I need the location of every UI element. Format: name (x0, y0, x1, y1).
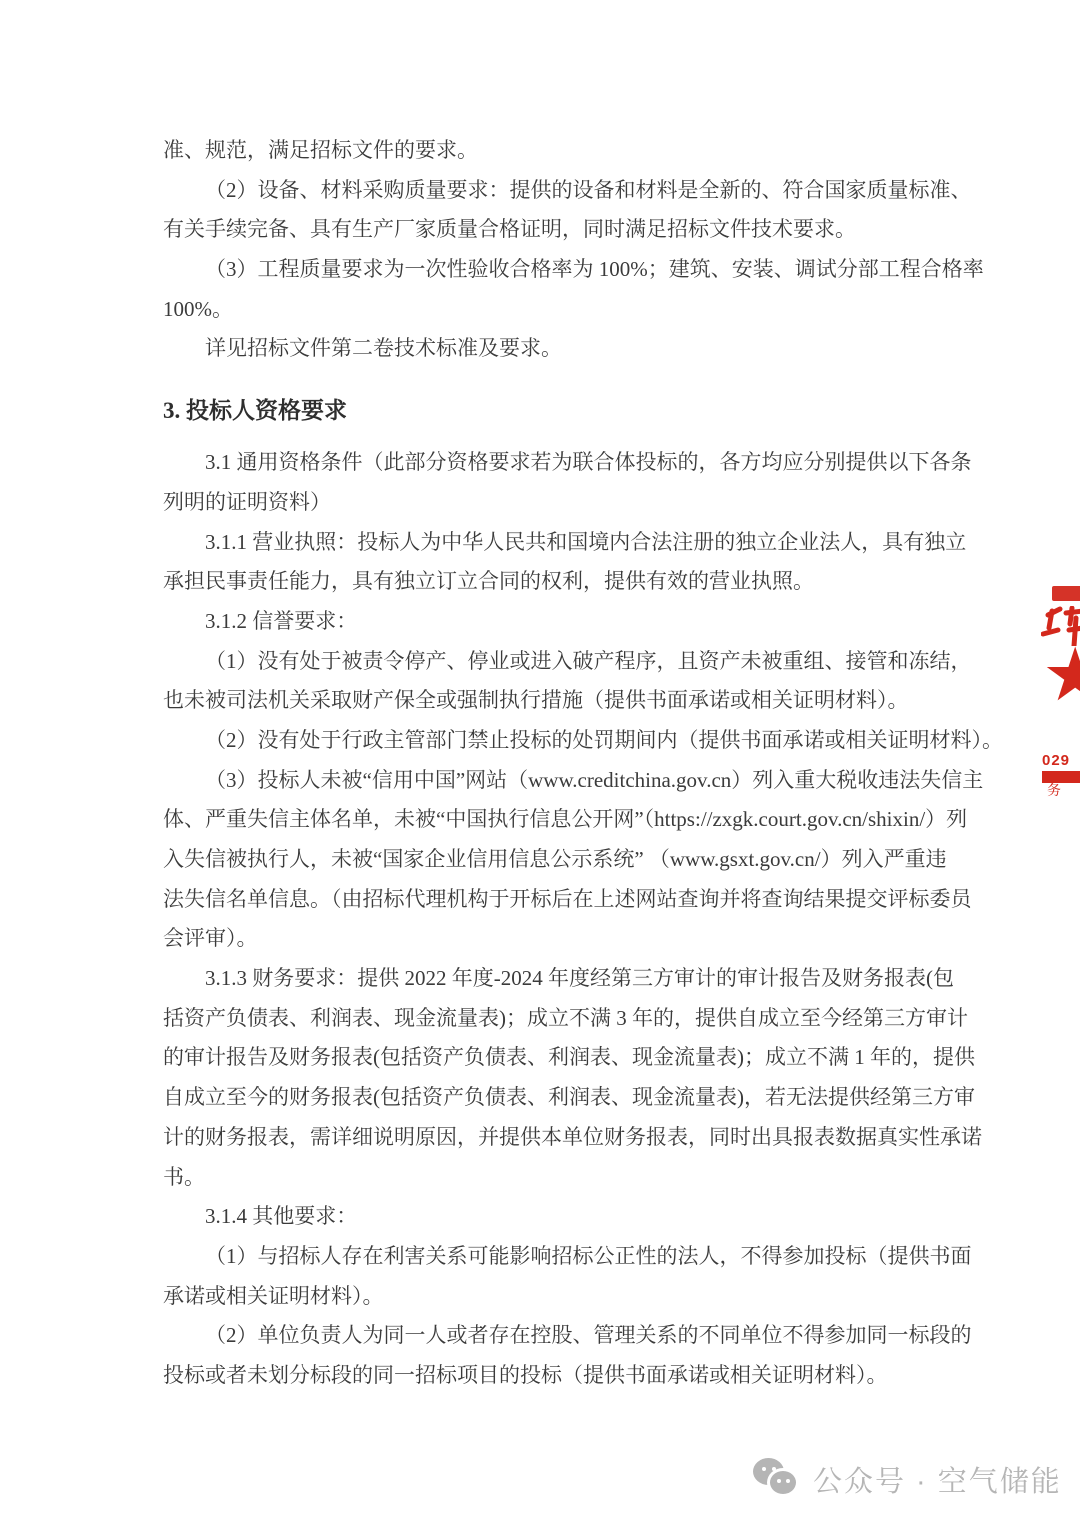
doc-line: 3.1.2 信誉要求： (163, 602, 907, 642)
doc-line: 入失信被执行人，未被“国家企业信用信息公示系统” （www.gsxt.gov.c… (163, 840, 907, 880)
document-page: 准、规范，满足招标文件的要求。（2）设备、材料采购质量要求：提供的设备和材料是全… (0, 0, 1080, 1527)
doc-line: 会评审）。 (163, 919, 907, 959)
doc-line: 承担民事责任能力，具有独立订立合同的权利，提供有效的营业执照。 (163, 562, 907, 602)
doc-line: （2）设备、材料采购质量要求：提供的设备和材料是全新的、符合国家质量标准、 (163, 171, 907, 211)
document-lines: 准、规范，满足招标文件的要求。（2）设备、材料采购质量要求：提供的设备和材料是全… (163, 131, 907, 1396)
doc-line: 详见招标文件第二卷技术标准及要求。 (163, 329, 907, 369)
doc-line: 3.1.1 营业执照：投标人为中华人民共和国境内合法注册的独立企业法人，具有独立 (163, 523, 907, 563)
section-heading: 3. 投标人资格要求 (163, 389, 907, 433)
doc-line: 的审计报告及财务报表(包括资产负债表、利润表、现金流量表)；成立不满 1 年的，… (163, 1038, 907, 1078)
doc-line: 承诺或相关证明材料）。 (163, 1277, 907, 1317)
doc-line: 100%。 (163, 290, 907, 330)
seal-lower-bar (1042, 771, 1080, 783)
star-icon: ★ (1042, 638, 1080, 712)
doc-line: 书。 (163, 1158, 907, 1198)
doc-line: 体、严重失信主体名单，未被“中国执行信息公开网”（https://zxgk.co… (163, 800, 907, 840)
seal-character: 务 (1047, 785, 1061, 799)
doc-line: （2）单位负责人为同一人或者存在控股、管理关系的不同单位不得参加同一标段的 (163, 1316, 907, 1356)
doc-line: 3.1.3 财务要求：提供 2022 年度-2024 年度经第三方审计的审计报告… (163, 959, 907, 999)
doc-line: 法失信名单信息。（由招标代理机构于开标后在上述网站查询并将查询结果提交评标委员 (163, 880, 907, 920)
doc-line: 3.1 通用资格条件（此部分资格要求若为联合体投标的，各方均应分别提供以下各条 (163, 443, 907, 483)
seal-top-bar (1052, 586, 1080, 601)
doc-line: 也未被司法机关采取财产保全或强制执行措施（提供书面承诺或相关证明材料）。 (163, 681, 907, 721)
doc-line: （1）与招标人存在利害关系可能影响招标公正性的法人，不得参加投标（提供书面 (163, 1237, 907, 1277)
doc-line: （3）工程质量要求为一次性验收合格率为 100%；建筑、安装、调试分部工程合格率 (163, 250, 907, 290)
doc-line: 计的财务报表，需详细说明原因，并提供本单位财务报表，同时出具报表数据真实性承诺 (163, 1118, 907, 1158)
doc-line: 准、规范，满足招标文件的要求。 (163, 131, 907, 171)
doc-line: （3）投标人未被“信用中国”网站（www.creditchina.gov.cn）… (163, 761, 907, 801)
wechat-icon (753, 1458, 801, 1500)
watermark-label: 公众号 · 空气储能 (813, 1459, 1062, 1500)
seal-number: 029 (1042, 752, 1070, 769)
wechat-watermark: 公众号 · 空气储能 (753, 1458, 1062, 1500)
doc-line: 列明的证明资料） (163, 483, 907, 523)
doc-line: 投标或者未划分标段的同一招标项目的投标（提供书面承诺或相关证明材料）。 (163, 1356, 907, 1396)
doc-line: 括资产负债表、利润表、现金流量表)；成立不满 3 年的，提供自成立至今经第三方审… (163, 999, 907, 1039)
doc-line: （1）没有处于被责令停产、停业或进入破产程序，且资产未被重组、接管和冻结， (163, 642, 907, 682)
doc-line: （2）没有处于行政主管部门禁止投标的处罚期间内（提供书面承诺或相关证明材料）。 (163, 721, 907, 761)
doc-line: 自成立至今的财务报表(包括资产负债表、利润表、现金流量表)，若无法提供经第三方审 (163, 1078, 907, 1118)
doc-line: 3.1.4 其他要求： (163, 1197, 907, 1237)
official-seal-stamp: ★ 029 务 (1040, 582, 1080, 812)
doc-line: 有关手续完备、具有生产厂家质量合格证明，同时满足招标文件技术要求。 (163, 210, 907, 250)
